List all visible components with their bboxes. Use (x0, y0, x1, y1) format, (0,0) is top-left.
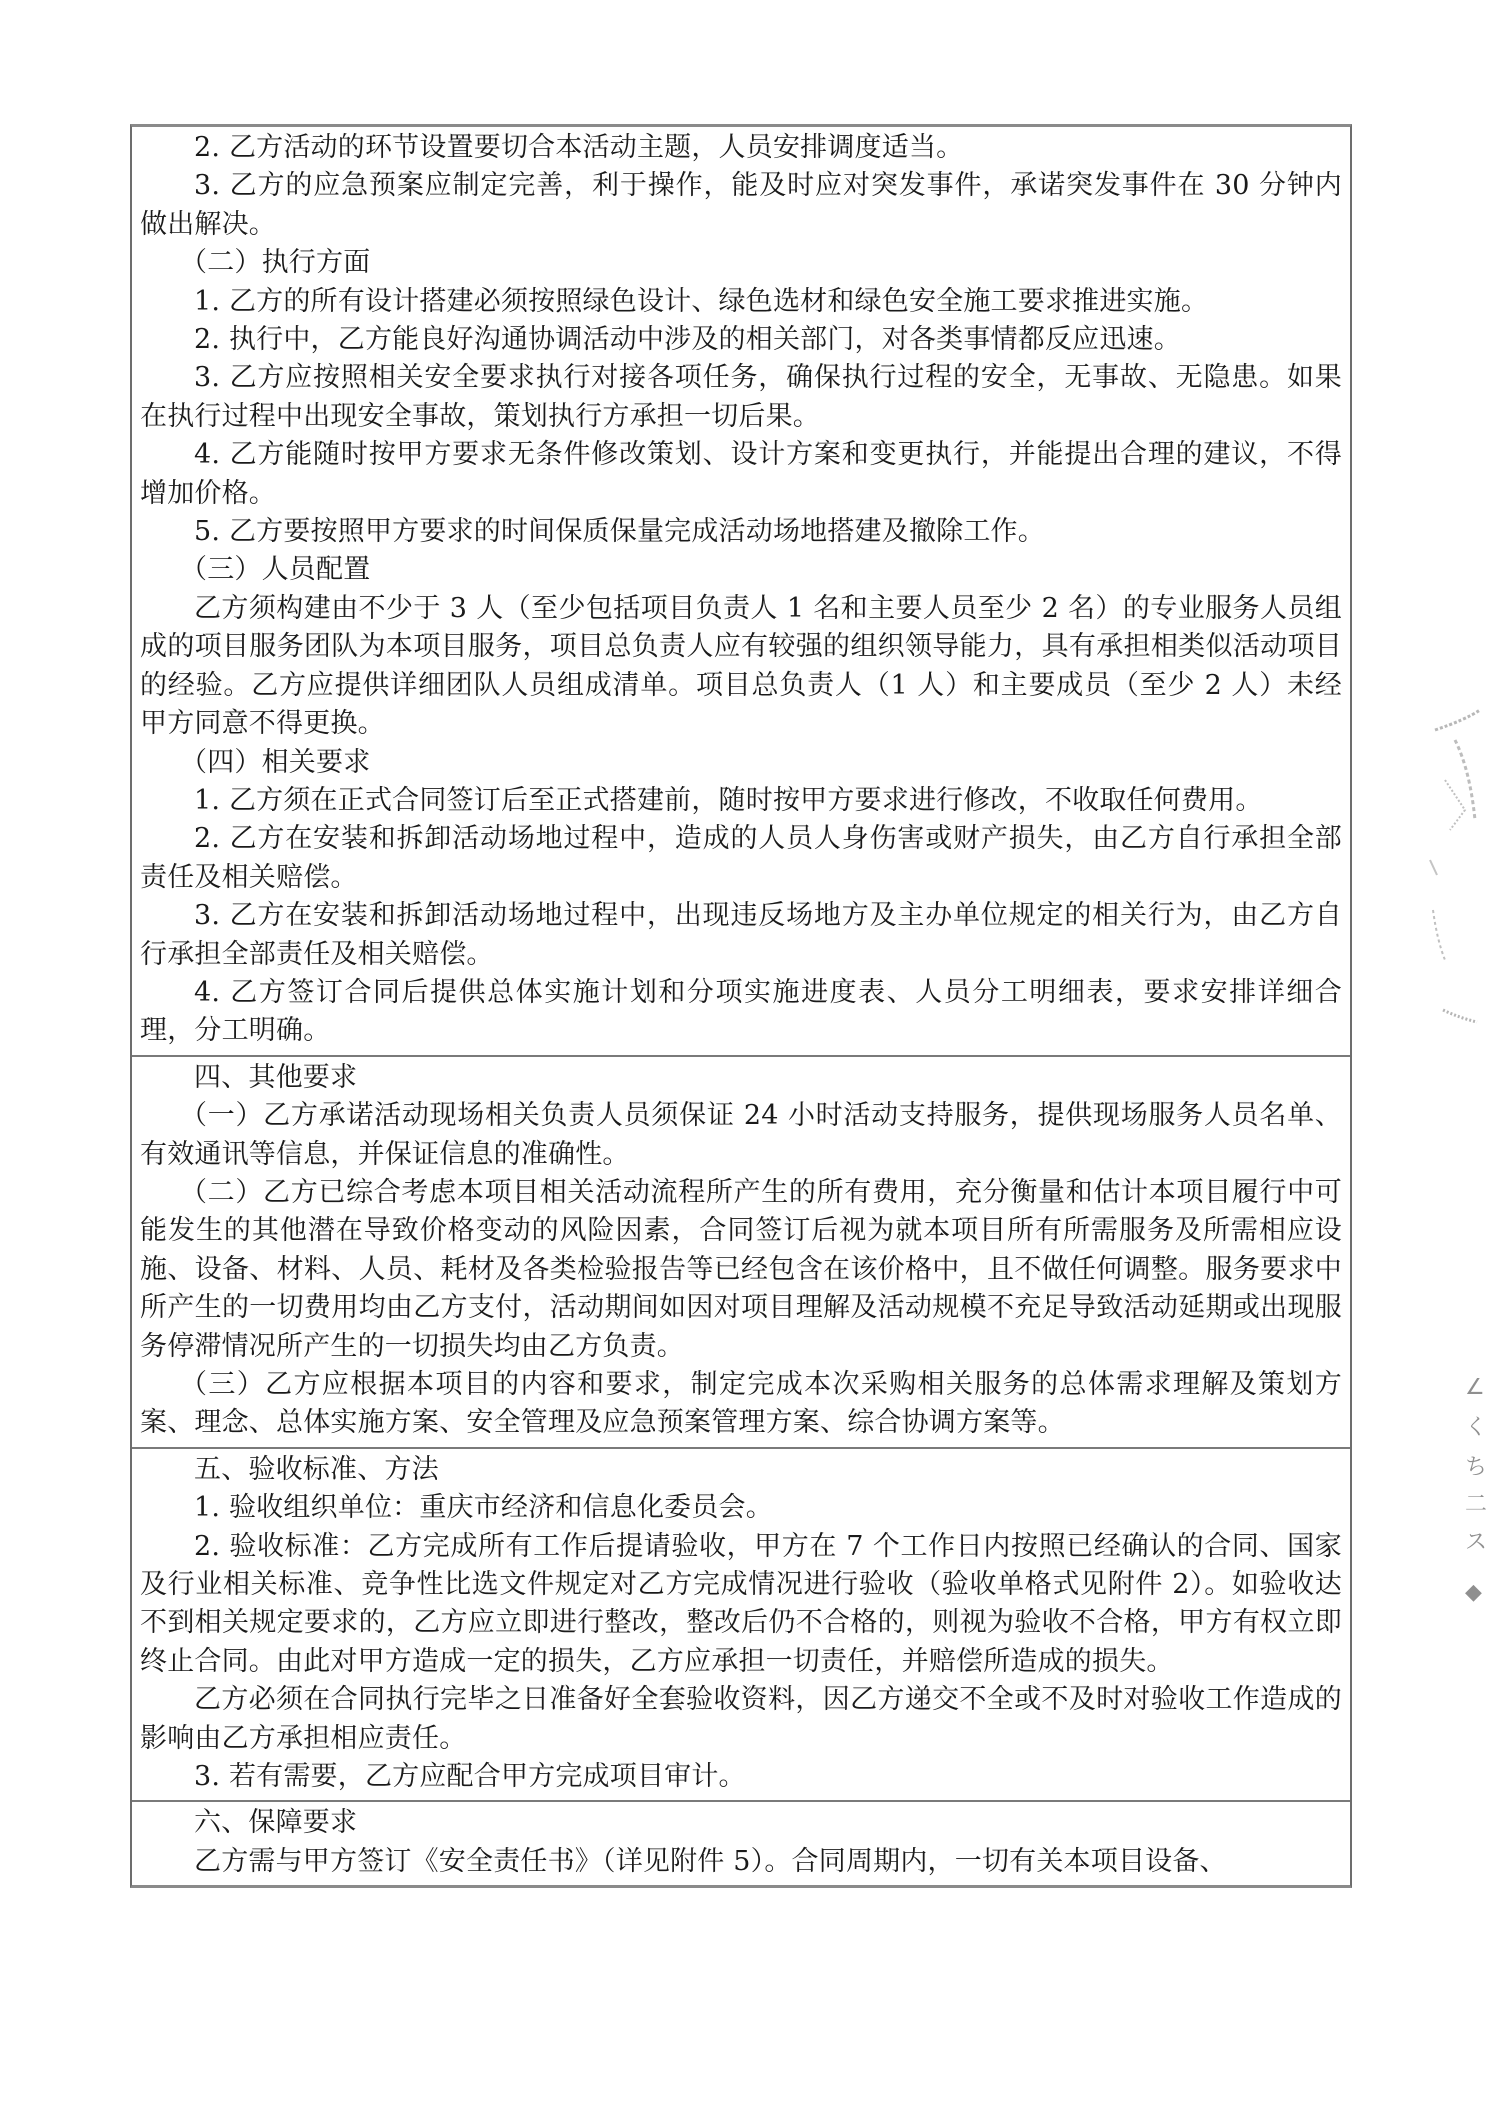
section-heading: 五、验收标准、方法 (140, 1451, 1342, 1489)
paragraph: 乙方必须在合同执行完毕之日准备好全套验收资料，因乙方递交不全或不及时对验收工作造… (140, 1681, 1342, 1758)
table-row-requirements-cont: 2. 乙方活动的环节设置要切合本活动主题，人员安排调度适当。 3. 乙方的应急预… (132, 127, 1350, 1057)
paragraph: 1. 乙方须在正式合同签订后至正式搭建前，随时按甲方要求进行修改，不收取任何费用… (140, 782, 1342, 820)
table-row-guarantee: 六、保障要求 乙方需与甲方签订《安全责任书》（详见附件 5）。合同周期内，一切有… (132, 1802, 1350, 1885)
paragraph: 乙方需与甲方签订《安全责任书》（详见附件 5）。合同周期内，一切有关本项目设备、 (140, 1843, 1342, 1881)
seal-char: ◆ (1465, 1580, 1482, 1605)
subheading: （二）执行方面 (140, 244, 1342, 282)
document-page: 2. 乙方活动的环节设置要切合本活动主题，人员安排调度适当。 3. 乙方的应急预… (0, 0, 1487, 2102)
seal-char: ∠ (1465, 1375, 1485, 1400)
requirements-table: 2. 乙方活动的环节设置要切合本活动主题，人员安排调度适当。 3. 乙方的应急预… (130, 124, 1352, 1888)
table-row-other-requirements: 四、其他要求 （一）乙方承诺活动现场相关负责人员须保证 24 小时活动支持服务，… (132, 1057, 1350, 1449)
seal-char: く (1465, 1410, 1487, 1441)
seal-char: ち (1465, 1450, 1487, 1481)
paragraph: 1. 乙方的所有设计搭建必须按照绿色设计、绿色选材和绿色安全施工要求推进实施。 (140, 283, 1342, 321)
paragraph: 5. 乙方要按照甲方要求的时间保质保量完成活动场地搭建及撤除工作。 (140, 513, 1342, 551)
paragraph: 2. 验收标准：乙方完成所有工作后提请验收，甲方在 7 个工作日内按照已经确认的… (140, 1528, 1342, 1682)
paragraph: 3. 乙方的应急预案应制定完善，利于操作，能及时应对突发事件，承诺突发事件在 3… (140, 167, 1342, 244)
table-row-acceptance: 五、验收标准、方法 1. 验收组织单位：重庆市经济和信息化委员会。 2. 验收标… (132, 1449, 1350, 1803)
subheading: （三）人员配置 (140, 551, 1342, 589)
seal-char: ス (1465, 1525, 1487, 1556)
paragraph: 3. 乙方在安装和拆卸活动场地过程中，出现违反场地方及主办单位规定的相关行为，由… (140, 897, 1342, 974)
paragraph: 2. 乙方活动的环节设置要切合本活动主题，人员安排调度适当。 (140, 129, 1342, 167)
paragraph: 1. 验收组织单位：重庆市经济和信息化委员会。 (140, 1489, 1342, 1527)
section-heading: 四、其他要求 (140, 1059, 1342, 1097)
paragraph: 乙方须构建由不少于 3 人（至少包括项目负责人 1 名和主要人员至少 2 名）的… (140, 590, 1342, 744)
paragraph: （一）乙方承诺活动现场相关负责人员须保证 24 小时活动支持服务，提供现场服务人… (140, 1097, 1342, 1174)
seal-fragment-icon (1425, 700, 1487, 1030)
subheading: （四）相关要求 (140, 744, 1342, 782)
section-heading: 六、保障要求 (140, 1804, 1342, 1842)
paragraph: 4. 乙方能随时按甲方要求无条件修改策划、设计方案和变更执行，并能提出合理的建议… (140, 436, 1342, 513)
seal-char: 二 (1465, 1487, 1487, 1518)
paragraph: （二）乙方已综合考虑本项目相关活动流程所产生的所有费用，充分衡量和估计本项目履行… (140, 1174, 1342, 1366)
paragraph: 3. 若有需要，乙方应配合甲方完成项目审计。 (140, 1758, 1342, 1796)
paragraph: 2. 乙方在安装和拆卸活动场地过程中，造成的人员人身伤害或财产损失，由乙方自行承… (140, 820, 1342, 897)
paragraph: 4. 乙方签订合同后提供总体实施计划和分项实施进度表、人员分工明细表，要求安排详… (140, 974, 1342, 1051)
paragraph: 3. 乙方应按照相关安全要求执行对接各项任务，确保执行过程的安全，无事故、无隐患… (140, 359, 1342, 436)
paragraph: 2. 执行中，乙方能良好沟通协调活动中涉及的相关部门，对各类事情都反应迅速。 (140, 321, 1342, 359)
paragraph: （三）乙方应根据本项目的内容和要求，制定完成本次采购相关服务的总体需求理解及策划… (140, 1366, 1342, 1443)
